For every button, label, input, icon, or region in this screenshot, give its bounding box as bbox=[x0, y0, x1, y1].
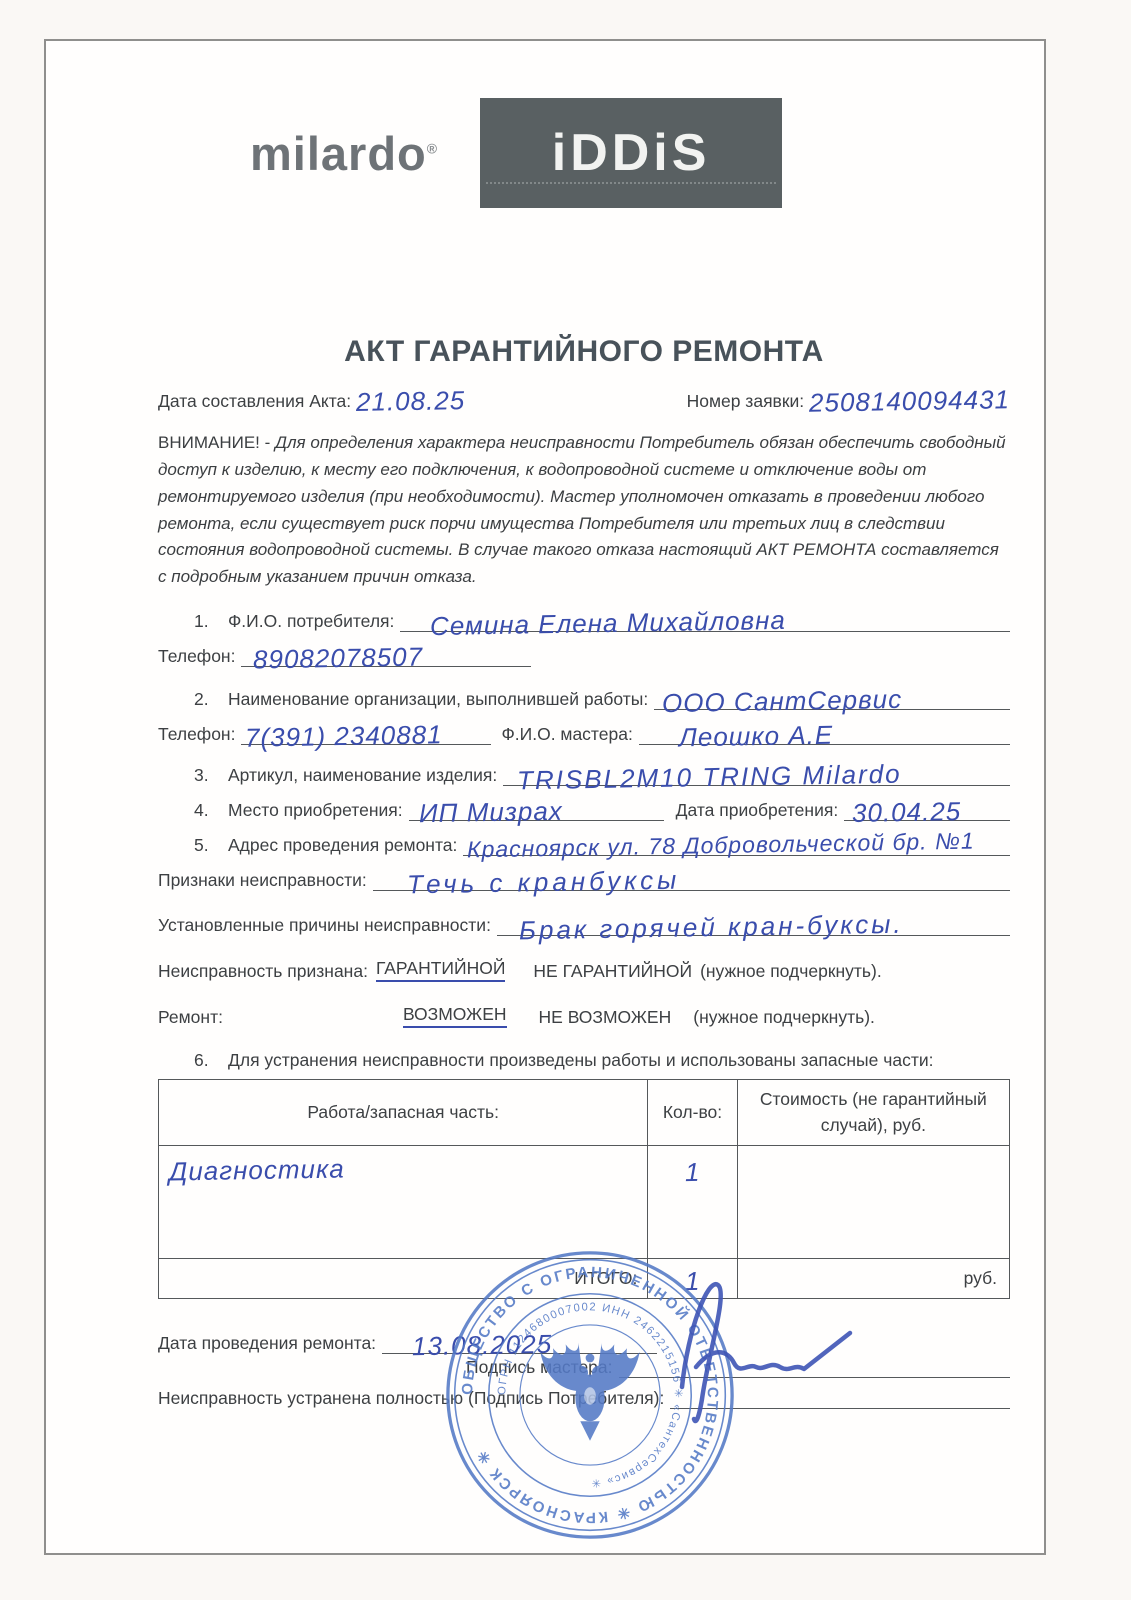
product-blank: TRISBL2M10 TRING Milardo bbox=[503, 761, 1010, 786]
request-number-value: 2508140094431 bbox=[809, 386, 1010, 416]
item-4-number: 4. bbox=[158, 800, 228, 821]
purchase-date-label: Дата приобретения: bbox=[676, 800, 839, 821]
works-label: Для устранения неисправности произведены… bbox=[228, 1050, 933, 1071]
act-date-value: 21.08.25 bbox=[356, 387, 466, 415]
warranty-option-yes: ГАРАНТИЙНОЙ bbox=[376, 958, 505, 982]
product-label: Артикул, наименование изделия: bbox=[228, 765, 497, 786]
org-phone-blank: 7(391) 2340881 bbox=[241, 720, 491, 745]
request-number-line: Номер заявки: 2508140094431 bbox=[687, 385, 1010, 412]
warning-paragraph: ВНИМАНИЕ! - Для определения характера не… bbox=[158, 430, 1010, 591]
consumer-name-value: Семина Елена Михайловна bbox=[430, 607, 786, 639]
table-header-row: Работа/запасная часть: Кол-во: Стоимость… bbox=[159, 1080, 1010, 1146]
signature-stroke-icon bbox=[644, 1259, 904, 1429]
item-2-number: 2. bbox=[158, 689, 228, 710]
col-header-work: Работа/запасная часть: bbox=[159, 1080, 648, 1146]
purchase-place-value: ИП Мизрах bbox=[418, 798, 562, 827]
warning-body: Для определения характера неисправности … bbox=[158, 433, 1006, 586]
purchase-place-label: Место приобретения: bbox=[228, 800, 403, 821]
warranty-note: (нужное подчеркнуть). bbox=[700, 961, 882, 982]
consumer-phone-label: Телефон: bbox=[158, 646, 235, 667]
master-name-value: Леошко А.Е bbox=[679, 722, 834, 751]
repair-date-label: Дата проведения ремонта: bbox=[158, 1333, 376, 1354]
col-header-cost: Стоимость (не гарантийный случай), руб. bbox=[737, 1080, 1009, 1146]
consumer-phone-blank: 89082078507 bbox=[241, 642, 531, 667]
warning-lead: ВНИМАНИЕ! - bbox=[158, 433, 275, 452]
qty-value: 1 bbox=[685, 1159, 701, 1185]
document-title: АКТ ГАРАНТИЙНОГО РЕМОНТА bbox=[158, 335, 1010, 369]
product-value: TRISBL2M10 TRING Milardo bbox=[517, 761, 902, 794]
iddis-logo-text: iDDiS bbox=[552, 123, 711, 183]
warranty-option-no: НЕ ГАРАНТИЙНОЙ bbox=[533, 961, 692, 982]
item-3-number: 3. bbox=[158, 765, 228, 786]
causes-blank: Брак горячей кран-буксы. bbox=[497, 911, 1010, 936]
symptoms-label: Признаки неисправности: bbox=[158, 870, 367, 891]
brand-row: milardo® iDDiS bbox=[250, 97, 1010, 209]
double-eagle-icon bbox=[540, 1342, 639, 1440]
master-name-blank: Леошко А.Е bbox=[639, 720, 1010, 745]
milardo-logo: milardo® bbox=[250, 126, 438, 181]
qty-cell: 1 bbox=[648, 1145, 737, 1258]
org-name-label: Наименование организации, выполнившей ра… bbox=[228, 689, 648, 710]
request-number-label: Номер заявки: bbox=[687, 391, 805, 411]
repair-option-yes: ВОЗМОЖЕН bbox=[403, 1004, 507, 1028]
act-date-line: Дата составления Акта: 21.08.25 bbox=[158, 385, 465, 412]
consumer-phone-value: 89082078507 bbox=[253, 644, 423, 673]
repair-address-label: Адрес проведения ремонта: bbox=[228, 835, 457, 856]
master-signature bbox=[644, 1259, 904, 1429]
repair-option-no: НЕ ВОЗМОЖЕН bbox=[539, 1007, 672, 1028]
iddis-logo: iDDiS bbox=[480, 98, 782, 208]
act-date-label: Дата составления Акта: bbox=[158, 391, 351, 411]
item-1-number: 1. bbox=[158, 611, 228, 632]
col-header-qty: Кол-во: bbox=[648, 1080, 737, 1146]
repair-note: (нужное подчеркнуть). bbox=[693, 1007, 875, 1028]
causes-value: Брак горячей кран-буксы. bbox=[519, 911, 904, 944]
cost-cell bbox=[737, 1145, 1009, 1258]
milardo-logo-text: milardo bbox=[250, 127, 427, 180]
registered-mark-icon: ® bbox=[427, 140, 438, 156]
repair-address-value: Красноярск ул. 78 Добровольческой бр. №1 bbox=[467, 830, 975, 862]
repair-possible-label: Ремонт: bbox=[158, 1007, 223, 1028]
iddis-texture-line bbox=[486, 182, 776, 184]
master-name-label: Ф.И.О. мастера: bbox=[501, 724, 632, 745]
item-5-number: 5. bbox=[158, 835, 228, 856]
item-6-number: 6. bbox=[158, 1050, 228, 1071]
org-phone-label: Телефон: bbox=[158, 724, 235, 745]
org-name-blank: ООО СантСервис bbox=[654, 685, 1010, 710]
consumer-name-blank: Семина Елена Михайловна bbox=[400, 607, 1010, 632]
warranty-label: Неисправность признана: bbox=[158, 961, 368, 982]
symptoms-blank: Течь с кранбуксы bbox=[373, 866, 1010, 891]
table-row: Диагностика 1 bbox=[159, 1145, 1010, 1258]
purchase-date-blank: 30.04.25 bbox=[844, 796, 1010, 821]
work-value: Диагностика bbox=[169, 1155, 345, 1184]
consumer-name-label: Ф.И.О. потребителя: bbox=[228, 611, 394, 632]
org-name-value: ООО СантСервис bbox=[662, 686, 903, 716]
purchase-place-blank: ИП Мизрах bbox=[409, 796, 664, 821]
work-cell: Диагностика bbox=[159, 1145, 648, 1258]
scanned-page: milardo® iDDiS АКТ ГАРАНТИЙНОГО РЕМОНТА … bbox=[44, 39, 1046, 1555]
repair-address-blank: Красноярск ул. 78 Добровольческой бр. №1 bbox=[463, 831, 1010, 856]
purchase-date-value: 30.04.25 bbox=[852, 798, 962, 826]
symptoms-value: Течь с кранбуксы bbox=[407, 867, 681, 898]
causes-label: Установленные причины неисправности: bbox=[158, 915, 491, 936]
org-phone-value: 7(391) 2340881 bbox=[245, 721, 443, 750]
